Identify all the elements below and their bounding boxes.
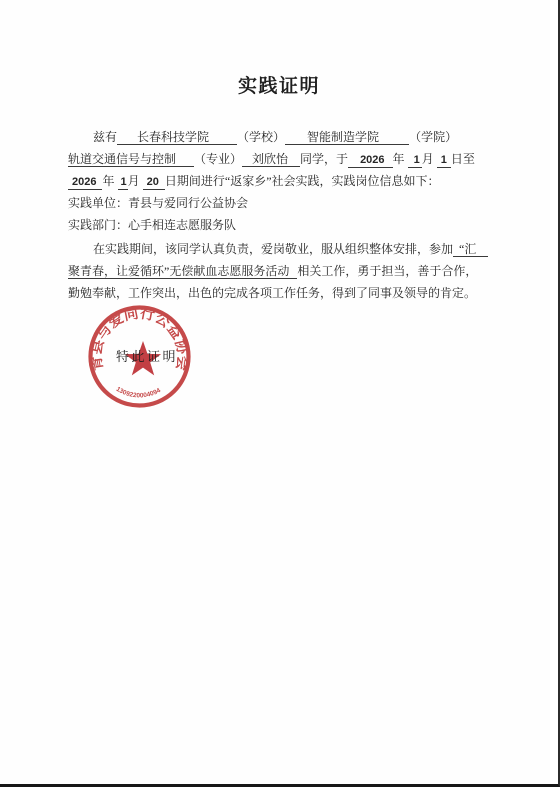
- student-name-blank: 刘欣怡: [242, 152, 300, 167]
- line-major-name-date: 轨道交通信号与控制（专业）刘欣怡同学，于2026年 1月 1日至: [68, 148, 498, 170]
- closing-statement: 特此证明: [116, 346, 178, 365]
- college-label: （学院）: [409, 130, 457, 144]
- line-evaluation-2: 聚青春，让爱循环”无偿献血志愿服务活动相关工作，勇于担当，善于合作，: [68, 260, 498, 282]
- end-year-unit: 年: [102, 174, 114, 188]
- major-label: （专业）: [194, 152, 242, 166]
- certificate-page: 实践证明 兹有长春科技学院（学校）智能制造学院（学院） 轨道交通信号与控制（专业…: [0, 0, 560, 787]
- month-unit: 月: [422, 152, 434, 166]
- end-day-blank: 20: [143, 175, 165, 190]
- date-tail: 日至: [451, 152, 475, 166]
- line-evaluation-3: 勤勉奉献，工作突出，出色的完成各项工作任务，得到了同事及领导的肯定。: [68, 282, 498, 304]
- line-practice-department: 实践部门：心手相连志愿服务队: [68, 214, 498, 236]
- page-title: 实践证明: [0, 71, 558, 98]
- evaluation-text: 在实践期间，该同学认真负责，爱岗敬业，服从组织整体安排，参加: [93, 242, 453, 256]
- seal-number-text: 1309220004094: [115, 386, 163, 400]
- activity-blank-end: 聚青春，让爱循环”无偿献血志愿服务活动: [68, 264, 297, 279]
- school-label: （学校）: [237, 130, 285, 144]
- activity-blank-start: “汇: [453, 242, 488, 257]
- certificate-body: 兹有长春科技学院（学校）智能制造学院（学院） 轨道交通信号与控制（专业）刘欣怡同…: [68, 126, 498, 304]
- college-blank: 智能制造学院: [285, 130, 409, 145]
- end-month-blank: 1: [118, 175, 128, 190]
- start-day-blank: 1: [437, 153, 451, 168]
- line-school-college: 兹有长春科技学院（学校）智能制造学院（学院）: [68, 126, 498, 148]
- evaluation-text-2: 相关工作，勇于担当，善于合作，: [297, 264, 477, 278]
- start-year-blank: 2026: [348, 153, 392, 168]
- end-year-blank: 2026: [68, 175, 102, 190]
- school-blank: 长春科技学院: [117, 130, 237, 145]
- line-practice-unit: 实践单位：青县与爱同行公益协会: [68, 192, 498, 214]
- year-unit: 年: [393, 152, 405, 166]
- line-evaluation-1: 在实践期间，该同学认真负责，爱岗敬业，服从组织整体安排，参加“汇: [68, 238, 498, 260]
- line-end-date: 2026年 1月 20日期间进行“返家乡”社会实践，实践岗位信息如下：: [68, 170, 498, 192]
- end-month-unit: 月: [128, 174, 140, 188]
- start-month-blank: 1: [408, 153, 422, 168]
- student-suffix: 同学，于: [300, 152, 348, 166]
- period-text: 日期间进行“返家乡”社会实践，实践岗位信息如下：: [165, 174, 440, 188]
- intro-text: 兹有: [93, 130, 117, 144]
- major-blank: 轨道交通信号与控制: [68, 152, 194, 167]
